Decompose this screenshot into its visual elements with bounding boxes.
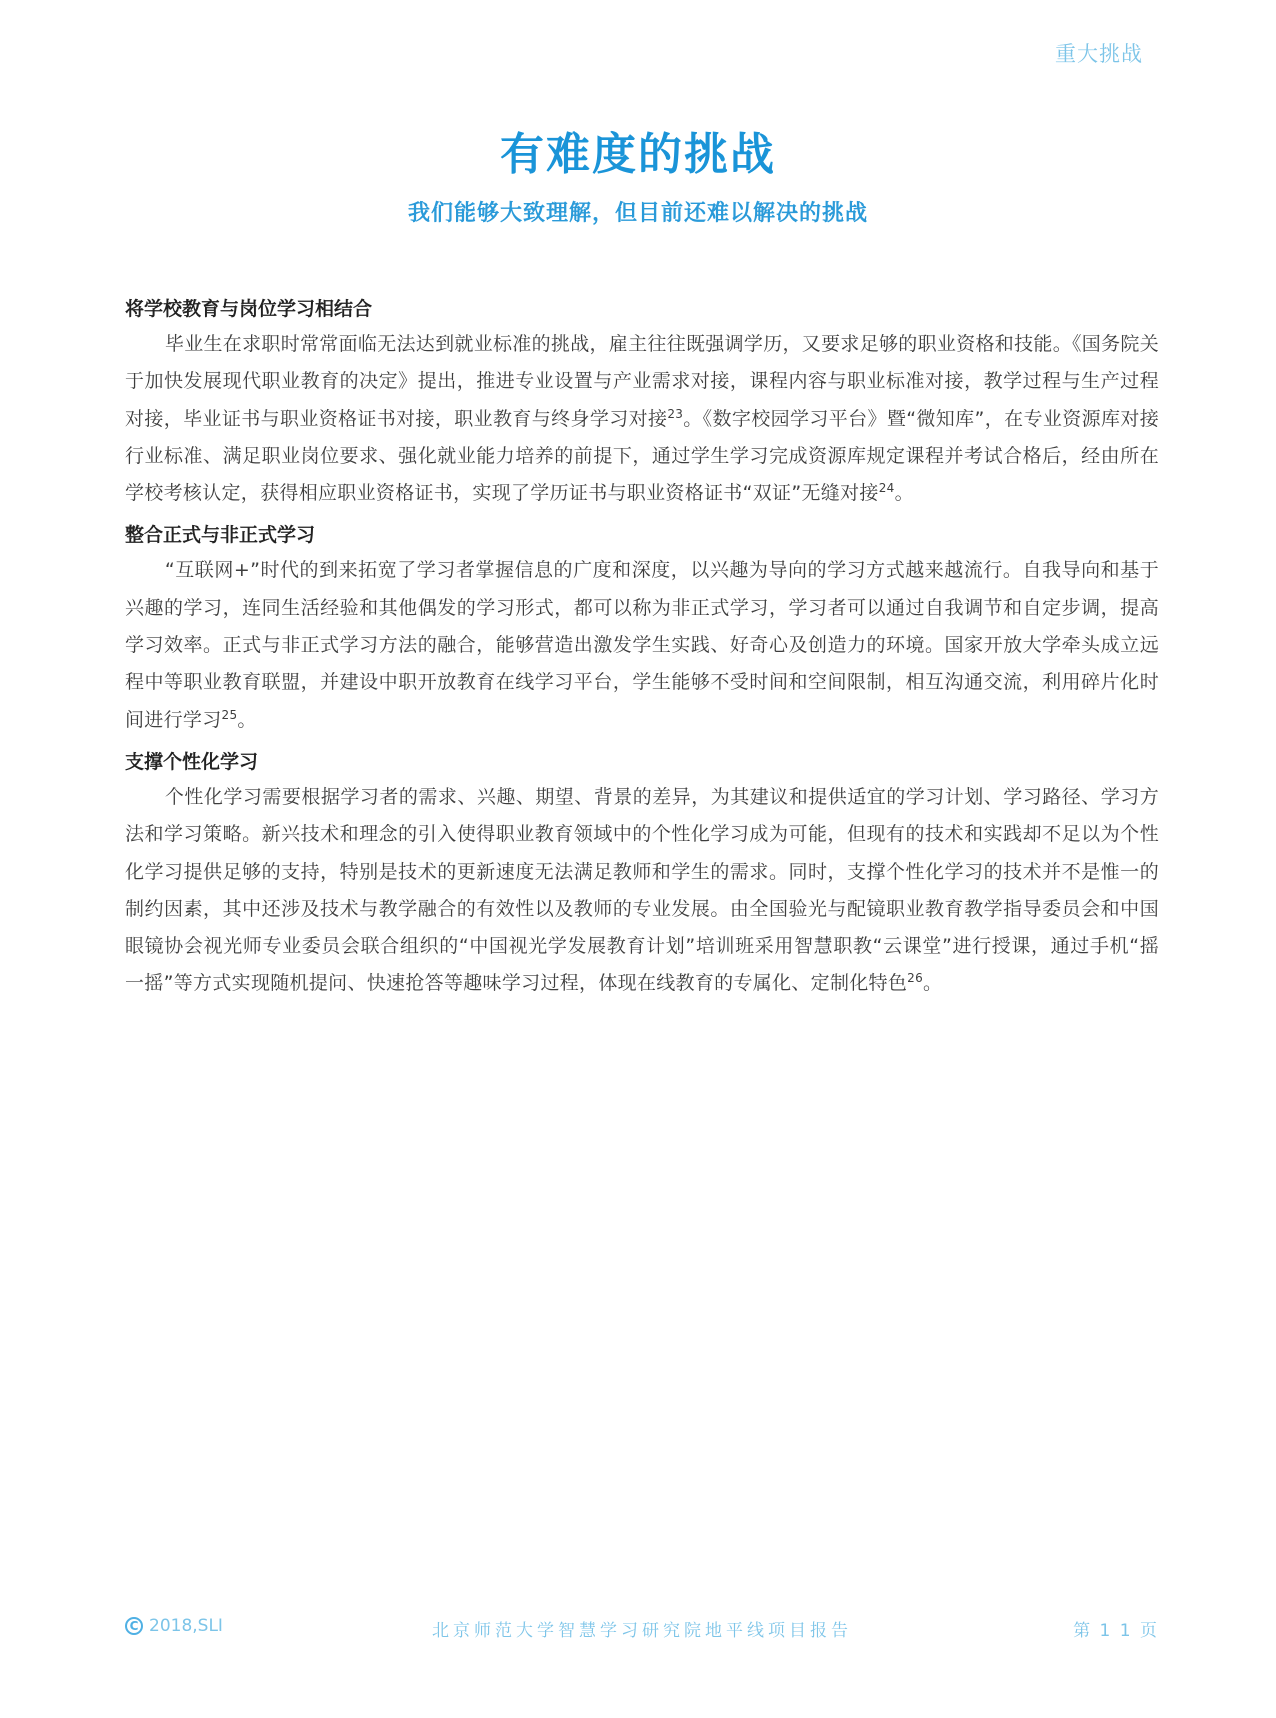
running-header: 重大挑战 xyxy=(1055,38,1143,68)
main-content: 将学校教育与岗位学习相结合 毕业生在求职时常常面临无法达到就业标准的挑战，雇主往… xyxy=(125,292,1159,1009)
page-subtitle: 我们能够大致理解，但目前还难以解决的挑战 xyxy=(0,196,1276,227)
section-heading: 将学校教育与岗位学习相结合 xyxy=(125,292,1159,326)
paragraph-text: 个性化学习需要根据学习者的需求、兴趣、期望、背景的差异，为其建议和提供适宜的学习… xyxy=(125,786,1159,994)
page-footer: C 2018,SLI 北京师范大学智慧学习研究院地平线项目报告 第 1 1 页 xyxy=(125,1616,1159,1646)
footnote-ref[interactable]: 23 xyxy=(667,407,683,421)
section-paragraph: “互联网+”时代的到来拓宽了学习者掌握信息的广度和深度，以兴趣为导向的学习方式越… xyxy=(125,552,1159,738)
section-heading: 整合正式与非正式学习 xyxy=(125,518,1159,552)
page-title: 有难度的挑战 xyxy=(0,118,1276,182)
section-paragraph: 个性化学习需要根据学习者的需求、兴趣、期望、背景的差异，为其建议和提供适宜的学习… xyxy=(125,779,1159,1003)
section-personalized: 支撑个性化学习 个性化学习需要根据学习者的需求、兴趣、期望、背景的差异，为其建议… xyxy=(125,745,1159,1003)
paragraph-end: 。 xyxy=(895,482,914,504)
footnote-ref[interactable]: 24 xyxy=(879,481,895,495)
paragraph-end: 。 xyxy=(923,972,942,994)
paragraph-end: 。 xyxy=(237,709,256,731)
section-heading: 支撑个性化学习 xyxy=(125,745,1159,779)
footnote-ref[interactable]: 26 xyxy=(907,971,923,985)
footnote-ref[interactable]: 25 xyxy=(222,708,238,722)
section-school-workplace: 将学校教育与岗位学习相结合 毕业生在求职时常常面临无法达到就业标准的挑战，雇主往… xyxy=(125,292,1159,512)
paragraph-text: “互联网+”时代的到来拓宽了学习者掌握信息的广度和深度，以兴趣为导向的学习方式越… xyxy=(125,559,1159,730)
page-number: 第 1 1 页 xyxy=(1073,1616,1159,1641)
section-formal-informal: 整合正式与非正式学习 “互联网+”时代的到来拓宽了学习者掌握信息的广度和深度，以… xyxy=(125,518,1159,738)
section-paragraph: 毕业生在求职时常常面临无法达到就业标准的挑战，雇主往往既强调学历，又要求足够的职… xyxy=(125,326,1159,512)
report-name: 北京师范大学智慧学习研究院地平线项目报告 xyxy=(125,1616,1159,1641)
